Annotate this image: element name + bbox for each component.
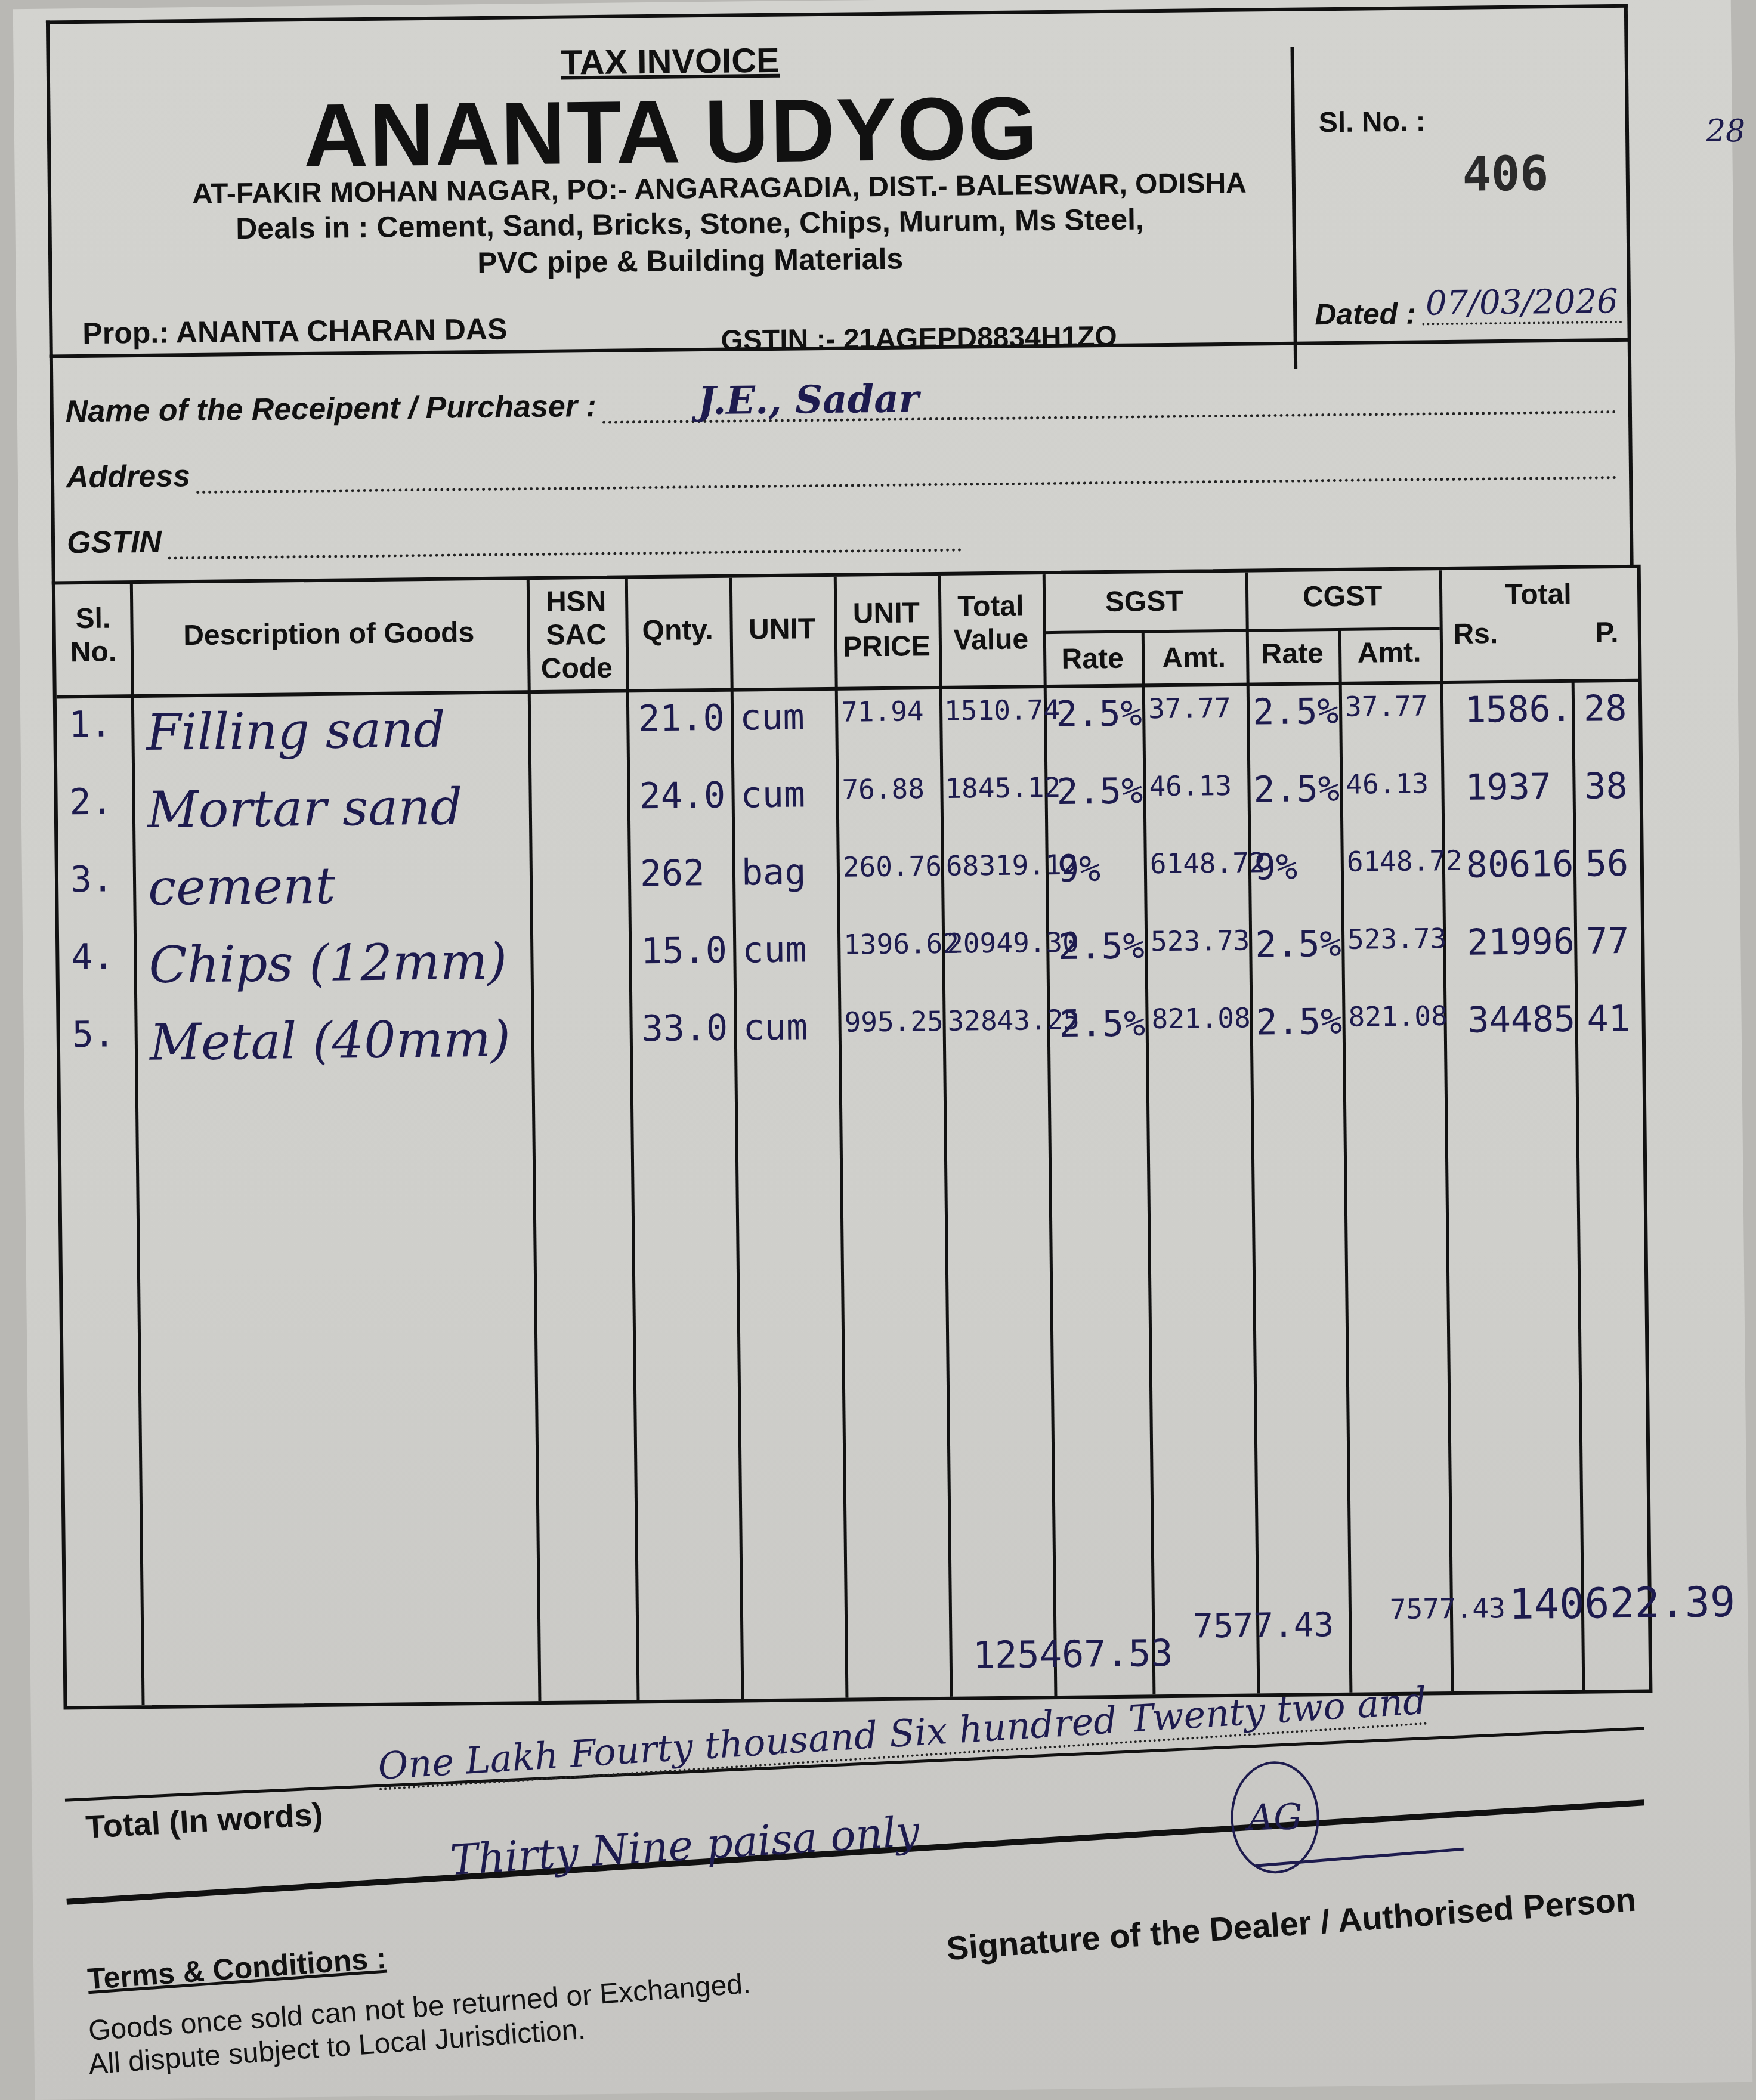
signature-initials: AG [1248,1796,1303,1839]
address-field: Address [66,443,1617,495]
cell-price: 71.94 [841,695,924,728]
header-rs: Rs. [1452,617,1500,651]
terms-title: Terms & Conditions : [86,1941,388,1997]
recipient-gstin-label: GSTIN [67,524,162,561]
cell-cgst-amt: 6148.72 [1347,845,1463,878]
cell-qty: 33.0 [641,1007,728,1050]
purchaser-name-line: J.E., Sadar [602,382,1616,424]
recipient-gstin-line [168,520,962,560]
sl-no-value: 406 [1462,146,1548,202]
cell-price: 76.88 [842,772,925,805]
cell-unit: cum [740,696,805,738]
cell-desc: Metal (40mm) [149,1010,511,1072]
cell-p: 28 [1584,688,1627,730]
cell-cgst-rate: 2.5% [1255,923,1341,966]
cell-rs: 1937 [1465,766,1551,809]
purchaser-name-label: Name of the Receipent / Purchaser : [65,388,596,429]
cell-sgst-rate: 2.5% [1056,770,1143,813]
cell-price: 1396.62 [843,927,959,961]
cell-desc: Filling sand [146,700,446,762]
cell-sl: 5. [72,1013,115,1056]
proprietor: Prop.: ANANTA CHARAN DAS [82,312,508,351]
total-sgst-sum: 7577.43 [1193,1606,1334,1646]
cell-sgst-amt: 46.13 [1149,769,1232,802]
date-value: 07/03/2026 [1422,282,1622,326]
cell-cgst-amt: 523.73 [1347,922,1447,955]
cell-sl: 4. [71,936,115,978]
invoice-meta: Sl. No. : 406 Dated : 07/03/2026 [1291,44,1620,369]
table-row: 5.Metal (40mm)33.0cum995.2532843.252.5%8… [60,998,1642,1092]
cell-sgst-rate: 2.5% [1056,692,1142,735]
cell-sgst-amt: 523.73 [1151,924,1250,958]
header-total: Total [1439,577,1638,613]
cell-desc: Mortar sand [147,777,462,839]
dealer-info: TAX INVOICE ANANTA UDYOG AT-FAKIR MOHAN … [50,11,1294,358]
cell-unit: cum [742,929,807,971]
signature-label: Signature of the Dealer / Authorised Per… [945,1880,1637,1968]
cell-qty: 21.0 [638,697,725,740]
cell-desc: cement [148,856,336,917]
header-sgst-amt: Amt. [1142,641,1247,676]
cell-cgst-rate: 2.5% [1256,1001,1342,1044]
grand-total: 140622.39 [1508,1578,1735,1629]
purchaser-name-value: J.E., Sadar [697,376,919,423]
cell-sgst-amt: 821.08 [1151,1002,1251,1035]
address-line [196,447,1617,494]
cell-cgst-rate: 9% [1254,846,1298,889]
cell-sl: 1. [69,704,112,746]
header-cgst-rate: Rate [1246,637,1339,672]
cell-qty: 15.0 [641,930,727,973]
header-sl-no: Sl. No. [55,602,131,669]
invoice-paper: TAX INVOICE ANANTA UDYOG AT-FAKIR MOHAN … [13,0,1753,2091]
dated-label: Dated : [1315,296,1416,332]
cell-unit: cum [740,774,805,816]
total-in-words-line2: Thirty Nine paisa only [449,1807,921,1885]
dealer-deals-in: Deals in : Cement, Sand, Bricks, Stone, … [93,199,1287,286]
cell-cgst-rate: 2.5% [1253,691,1339,734]
cell-sl: 3. [70,858,114,901]
dealer-signature-mark: AG [1231,1761,1320,1874]
document-type-text: TAX INVOICE [561,41,780,82]
cell-unit: bag [741,851,806,893]
cell-cgst-amt: 821.08 [1348,1000,1448,1033]
invoice-header: TAX INVOICE ANANTA UDYOG AT-FAKIR MOHAN … [46,4,1631,358]
cell-value: 1510.74 [944,694,1060,727]
cell-rs: 1586. [1464,688,1572,731]
total-in-words-label: Total (In words) [85,1796,324,1845]
cell-rs: 80616 [1466,843,1574,886]
recipient-gstin-field: GSTIN [67,516,962,561]
cell-price: 260.76 [843,850,942,883]
cell-p: 77 [1586,920,1630,963]
cell-sgst-amt: 37.77 [1148,692,1231,725]
cell-cgst-amt: 46.13 [1346,767,1429,800]
cell-value: 1845.12 [945,771,1061,805]
cell-sgst-rate: 2.5% [1058,925,1145,968]
gst-subheader-line [1043,627,1440,634]
cell-sgst-amt: 6148.72 [1150,846,1266,880]
cell-price: 995.25 [844,1005,944,1038]
cell-sl: 2. [69,781,113,823]
cell-unit: cum [743,1006,808,1049]
header-hsn: HSN SAC Code [527,584,626,686]
cell-p: 38 [1584,765,1628,808]
header-sgst-rate: Rate [1043,642,1142,676]
cell-p: 41 [1587,998,1630,1040]
cell-cgst-amt: 37.77 [1345,689,1428,722]
cell-qty: 262 [640,852,705,895]
header-unit: UNIT [729,613,834,647]
cell-qty: 24.0 [639,775,725,818]
address-label: Address [66,458,191,495]
total-value-sum: 125467.53 [972,1631,1173,1677]
header-description: Description of Goods [130,616,527,653]
cell-sgst-rate: 9% [1058,848,1101,890]
cell-desc: Chips (12mm) [149,932,508,994]
header-cgst: CGST [1245,579,1440,614]
cell-rs: 21996 [1467,921,1575,964]
total-cgst-sum: 7577.43 [1390,1592,1505,1625]
cell-p: 56 [1585,843,1629,885]
header-cgst-amt: Amt. [1338,636,1440,670]
header-total-value: Total Value [938,589,1043,657]
header-qty: Qnty. [625,614,730,648]
cell-rs: 34485 [1467,998,1575,1041]
recipient-section: Name of the Receipent / Purchaser : J.E.… [50,338,1634,585]
purchaser-name-field: Name of the Receipent / Purchaser : J.E.… [65,378,1616,429]
goods-table: Sl. No. Description of Goods HSN SAC Cod… [52,565,1653,1710]
cell-sgst-rate: 2.5% [1059,1003,1145,1046]
sl-no-label: Sl. No. : [1319,105,1426,139]
cell-cgst-rate: 2.5% [1253,768,1340,811]
header-p: P. [1583,616,1631,650]
header-unit-price: UNIT PRICE [834,596,939,664]
header-sgst: SGST [1043,584,1246,620]
margin-note: 28 [1706,113,1745,149]
